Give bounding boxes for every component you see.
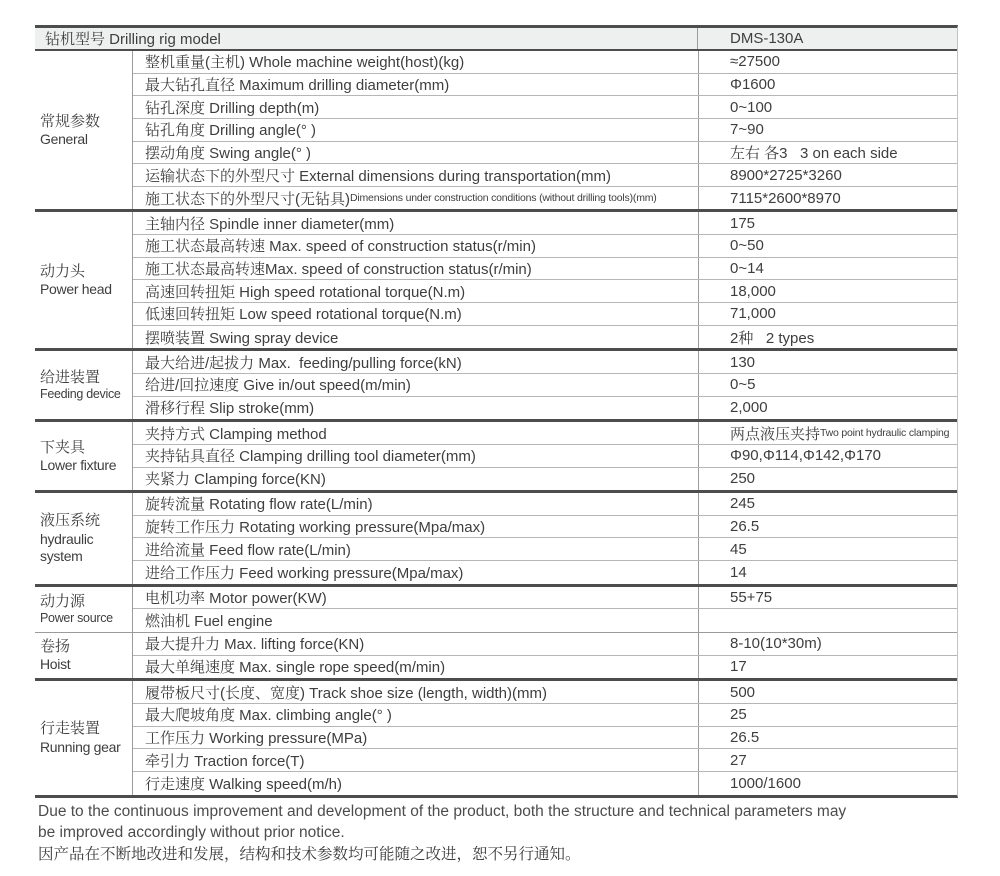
section-rows: 履带板尺寸(长度、宽度) Track shoe size (length, wi… [132,681,957,794]
param-cell: 旋转流量 Rotating flow rate(L/min) [133,493,698,515]
value-cell: Φ90,Φ114,Φ142,Φ170 [698,445,957,467]
category-zh: 卷扬 [40,638,132,656]
value-cell: 55+75 [698,587,957,609]
category-label: 下夹具 Lower fixture [35,422,132,490]
table-row: 整机重量(主机) Whole machine weight(host)(kg) … [133,51,957,74]
param-text: 高速回转扭矩 High speed rotational torque(N.m) [145,281,465,302]
value-text: 245 [730,495,755,512]
param-cell: 最大单绳速度 Max. single rope speed(m/min) [133,656,698,679]
category-label: 动力头 Power head [35,212,132,348]
param-text: 最大单绳速度 Max. single rope speed(m/min) [145,656,445,677]
param-text: 电机功率 Motor power(KW) [145,587,327,608]
value-text: 两点液压夹持 [730,423,820,444]
value-cell: 26.5 [698,727,957,749]
param-cell: 施工状态下的外型尺寸(无钻具)Dimensions under construc… [133,187,698,210]
disclaimer-zh: 因产品在不断地改进和发展，结构和技术参数均可能随之改进，恕不另行通知。 [38,844,988,865]
value-text: 17 [730,658,747,675]
value-cell: 250 [698,468,957,491]
param-text: 进给工作压力 Feed working pressure(Mpa/max) [145,562,463,583]
value-text: 27 [730,752,747,769]
value-cell: 17 [698,656,957,679]
table-row: 主轴内径 Spindle inner diameter(mm) 175 [133,212,957,235]
value-text: 71,000 [730,305,776,322]
value-cell: 130 [698,351,957,373]
table-row: 运输状态下的外型尺寸 External dimensions during tr… [133,164,957,187]
section-lower-fixture: 下夹具 Lower fixture 夹持方式 Clamping method 两… [35,422,957,493]
value-text-small: Two point hydraulic clamping [820,427,949,439]
value-cell: 71,000 [698,303,957,325]
category-zh: 动力头 [40,263,132,281]
spec-table: 钻机型号 Drilling rig model DMS-130A 常规参数 Ge… [35,25,958,798]
value-text: 130 [730,354,755,371]
param-cell: 进给流量 Feed flow rate(L/min) [133,538,698,560]
disclaimer-en-line1: Due to the continuous improvement and de… [38,801,988,822]
section-hoist: 卷扬 Hoist 最大提升力 Max. lifting force(KN) 8-… [35,633,957,681]
category-zh: 常规参数 [40,113,132,131]
value-text: 2,000 [730,399,768,416]
table-row: 最大钻孔直径 Maximum drilling diameter(mm) Φ16… [133,74,957,97]
table-row: 给进/回拉速度 Give in/out speed(m/min) 0~5 [133,374,957,397]
param-text: 工作压力 Working pressure(MPa) [145,727,367,748]
table-row: 最大提升力 Max. lifting force(KN) 8-10(10*30m… [133,633,957,656]
param-text: 钻孔角度 Drilling angle(° ) [145,119,316,140]
param-cell: 最大提升力 Max. lifting force(KN) [133,633,698,655]
param-text: 摆喷装置 Swing spray device [145,327,338,348]
category-label: 液压系统 hydraulic system [35,493,132,584]
value-text: 14 [730,564,747,581]
value-cell: 26.5 [698,516,957,538]
value-text: 0~5 [730,376,755,393]
param-cell: 夹持钻具直径 Clamping drilling tool diameter(m… [133,445,698,467]
value-text: 0~100 [730,99,772,116]
table-row: 夹紧力 Clamping force(KN) 250 [133,468,957,491]
param-cell: 燃油机 Fuel engine [133,609,698,632]
category-zh: 给进装置 [40,369,132,387]
param-text: 给进/回拉速度 Give in/out speed(m/min) [145,374,411,395]
param-cell: 电机功率 Motor power(KW) [133,587,698,609]
param-text: 旋转流量 Rotating flow rate(L/min) [145,493,373,514]
param-text: 最大给进/起拔力 Max. feeding/pulling force(kN) [145,352,462,373]
value-text: 250 [730,470,755,487]
param-text: 履带板尺寸(长度、宽度) Track shoe size (length, wi… [145,682,547,703]
param-text: 施工状态下的外型尺寸(无钻具) [145,188,350,209]
category-label: 行走装置 Running gear [35,681,132,794]
param-text: 钻孔深度 Drilling depth(m) [145,97,319,118]
value-cell: 175 [698,212,957,234]
param-text: 整机重量(主机) Whole machine weight(host)(kg) [145,51,464,72]
value-text: 0~14 [730,260,764,277]
value-cell: 0~100 [698,96,957,118]
category-en: General [40,131,132,148]
param-text: 牵引力 Traction force(T) [145,750,304,771]
param-text: 夹持方式 Clamping method [145,423,327,444]
category-zh: 动力源 [40,593,132,611]
table-row: 进给流量 Feed flow rate(L/min) 45 [133,538,957,561]
section-feeding-device: 给进装置 Feeding device 最大给进/起拔力 Max. feedin… [35,351,957,422]
table-row: 夹持方式 Clamping method 两点液压夹持Two point hyd… [133,422,957,445]
table-row: 燃油机 Fuel engine [133,609,957,632]
table-row: 履带板尺寸(长度、宽度) Track shoe size (length, wi… [133,681,957,704]
section-rows: 夹持方式 Clamping method 两点液压夹持Two point hyd… [132,422,957,490]
param-cell: 钻孔角度 Drilling angle(° ) [133,119,698,141]
value-text: ≈27500 [730,53,780,70]
param-cell: 工作压力 Working pressure(MPa) [133,727,698,749]
table-row: 施工状态最高转速 Max. speed of construction stat… [133,235,957,258]
section-power-head: 动力头 Power head 主轴内径 Spindle inner diamet… [35,212,957,351]
param-cell: 整机重量(主机) Whole machine weight(host)(kg) [133,51,698,73]
value-cell: 2种 2 types [698,326,957,349]
param-cell: 低速回转扭矩 Low speed rotational torque(N.m) [133,303,698,325]
category-en: Power head [40,281,132,298]
value-cell: 2,000 [698,397,957,420]
param-cell: 摆喷装置 Swing spray device [133,326,698,349]
param-text: 施工状态最高转速Max. speed of construction statu… [145,258,532,279]
table-row: 滑移行程 Slip stroke(mm) 2,000 [133,397,957,420]
param-text: 运输状态下的外型尺寸 External dimensions during tr… [145,165,611,186]
table-row: 最大给进/起拔力 Max. feeding/pulling force(kN) … [133,351,957,374]
value-cell: 18,000 [698,280,957,302]
value-cell: 8-10(10*30m) [698,633,957,655]
value-text: 8-10(10*30m) [730,635,822,652]
table-row: 旋转工作压力 Rotating working pressure(Mpa/max… [133,516,957,539]
param-cell: 主轴内径 Spindle inner diameter(mm) [133,212,698,234]
category-en: Feeding device [40,387,132,402]
table-row: 低速回转扭矩 Low speed rotational torque(N.m) … [133,303,957,326]
value-cell: 8900*2725*3260 [698,164,957,186]
section-rows: 电机功率 Motor power(KW) 55+75 燃油机 Fuel engi… [132,587,957,632]
table-row: 摆动角度 Swing angle(° ) 左右 各3 3 on each sid… [133,142,957,165]
section-rows: 主轴内径 Spindle inner diameter(mm) 175 施工状态… [132,212,957,348]
model-value: DMS-130A [697,28,957,49]
table-row: 高速回转扭矩 High speed rotational torque(N.m)… [133,280,957,303]
category-label: 动力源 Power source [35,587,132,632]
value-text: 0~50 [730,237,764,254]
value-text: 7~90 [730,121,764,138]
param-text: 燃油机 Fuel engine [145,610,273,631]
table-row: 旋转流量 Rotating flow rate(L/min) 245 [133,493,957,516]
value-text: 2种 2 types [730,327,814,348]
value-cell: 25 [698,704,957,726]
value-text: Φ90,Φ114,Φ142,Φ170 [730,447,881,464]
category-en: Hoist [40,656,132,673]
table-row: 钻孔角度 Drilling angle(° ) 7~90 [133,119,957,142]
table-row: 牵引力 Traction force(T) 27 [133,749,957,772]
param-text: 最大钻孔直径 Maximum drilling diameter(mm) [145,74,449,95]
param-cell: 运输状态下的外型尺寸 External dimensions during tr… [133,164,698,186]
category-label: 卷扬 Hoist [35,633,132,678]
table-row: 行走速度 Walking speed(m/h) 1000/1600 [133,772,957,795]
param-cell: 最大给进/起拔力 Max. feeding/pulling force(kN) [133,351,698,373]
value-text: 7115*2600*8970 [730,190,841,207]
param-cell: 摆动角度 Swing angle(° ) [133,142,698,164]
section-running-gear: 行走装置 Running gear 履带板尺寸(长度、宽度) Track sho… [35,681,957,794]
value-text: 8900*2725*3260 [730,167,842,184]
param-cell: 施工状态最高转速Max. speed of construction statu… [133,258,698,280]
param-cell: 夹紧力 Clamping force(KN) [133,468,698,491]
param-text: 进给流量 Feed flow rate(L/min) [145,539,351,560]
category-en: Lower fixture [40,457,132,474]
param-text: 施工状态最高转速 Max. speed of construction stat… [145,235,536,256]
section-rows: 旋转流量 Rotating flow rate(L/min) 245 旋转工作压… [132,493,957,584]
value-text: 500 [730,684,755,701]
disclaimer: Due to the continuous improvement and de… [38,801,988,865]
value-cell: 500 [698,681,957,703]
value-cell: 7~90 [698,119,957,141]
table-row: 工作压力 Working pressure(MPa) 26.5 [133,727,957,750]
model-label: 钻机型号 Drilling rig model [35,28,697,49]
disclaimer-en-line2: be improved accordingly without prior no… [38,822,988,843]
section-rows: 整机重量(主机) Whole machine weight(host)(kg) … [132,51,957,209]
category-label: 给进装置 Feeding device [35,351,132,419]
param-text: 夹紧力 Clamping force(KN) [145,468,326,489]
category-zh: 液压系统 [40,512,132,530]
table-row: 摆喷装置 Swing spray device 2种 2 types [133,326,957,349]
param-cell: 最大爬坡角度 Max. climbing angle(° ) [133,704,698,726]
value-text: Φ1600 [730,76,775,93]
param-text: 最大爬坡角度 Max. climbing angle(° ) [145,704,392,725]
param-cell: 最大钻孔直径 Maximum drilling diameter(mm) [133,74,698,96]
param-text: 摆动角度 Swing angle(° ) [145,142,311,163]
value-text: 18,000 [730,283,776,300]
value-text: 45 [730,541,747,558]
category-en: Running gear [40,739,132,756]
category-en: hydraulic system [40,531,132,565]
value-cell: 1000/1600 [698,772,957,795]
param-cell: 牵引力 Traction force(T) [133,749,698,771]
value-text: 26.5 [730,518,759,535]
value-cell: 左右 各3 3 on each side [698,142,957,164]
param-text: 行走速度 Walking speed(m/h) [145,773,342,794]
section-power-source: 动力源 Power source 电机功率 Motor power(KW) 55… [35,587,957,633]
value-text: 175 [730,215,755,232]
param-cell: 施工状态最高转速 Max. speed of construction stat… [133,235,698,257]
table-row: 最大爬坡角度 Max. climbing angle(° ) 25 [133,704,957,727]
param-cell: 夹持方式 Clamping method [133,422,698,444]
value-cell: 14 [698,561,957,584]
category-zh: 下夹具 [40,439,132,457]
param-cell: 高速回转扭矩 High speed rotational torque(N.m) [133,280,698,302]
table-header-row: 钻机型号 Drilling rig model DMS-130A [35,28,957,51]
value-cell: 7115*2600*8970 [698,187,957,210]
value-text: 25 [730,706,747,723]
param-text: 主轴内径 Spindle inner diameter(mm) [145,213,394,234]
value-cell: 245 [698,493,957,515]
table-row: 最大单绳速度 Max. single rope speed(m/min) 17 [133,656,957,679]
param-cell: 钻孔深度 Drilling depth(m) [133,96,698,118]
param-text: 旋转工作压力 Rotating working pressure(Mpa/max… [145,516,485,537]
param-cell: 履带板尺寸(长度、宽度) Track shoe size (length, wi… [133,681,698,703]
value-text: 1000/1600 [730,775,801,792]
param-cell: 进给工作压力 Feed working pressure(Mpa/max) [133,561,698,584]
param-text: 最大提升力 Max. lifting force(KN) [145,633,364,654]
value-cell [698,609,957,632]
param-text: 滑移行程 Slip stroke(mm) [145,397,314,418]
value-text: 26.5 [730,729,759,746]
category-en: Power source [40,611,132,626]
table-row: 施工状态下的外型尺寸(无钻具)Dimensions under construc… [133,187,957,210]
table-row: 电机功率 Motor power(KW) 55+75 [133,587,957,610]
value-cell: 45 [698,538,957,560]
table-row: 夹持钻具直径 Clamping drilling tool diameter(m… [133,445,957,468]
section-rows: 最大提升力 Max. lifting force(KN) 8-10(10*30m… [132,633,957,678]
value-cell: ≈27500 [698,51,957,73]
param-cell: 滑移行程 Slip stroke(mm) [133,397,698,420]
value-cell: Φ1600 [698,74,957,96]
value-text: 55+75 [730,589,772,606]
param-text-small: Dimensions under construction conditions… [350,192,657,204]
table-row: 进给工作压力 Feed working pressure(Mpa/max) 14 [133,561,957,584]
value-cell: 两点液压夹持Two point hydraulic clamping [698,422,957,444]
param-text: 夹持钻具直径 Clamping drilling tool diameter(m… [145,445,476,466]
param-cell: 旋转工作压力 Rotating working pressure(Mpa/max… [133,516,698,538]
value-cell: 0~14 [698,258,957,280]
value-text: 左右 各3 3 on each side [730,142,898,163]
value-cell: 0~50 [698,235,957,257]
section-general: 常规参数 General 整机重量(主机) Whole machine weig… [35,51,957,212]
param-cell: 行走速度 Walking speed(m/h) [133,772,698,795]
value-cell: 27 [698,749,957,771]
category-zh: 行走装置 [40,720,132,738]
table-row: 施工状态最高转速Max. speed of construction statu… [133,258,957,281]
section-hydraulic-system: 液压系统 hydraulic system 旋转流量 Rotating flow… [35,493,957,587]
param-text: 低速回转扭矩 Low speed rotational torque(N.m) [145,303,462,324]
section-rows: 最大给进/起拔力 Max. feeding/pulling force(kN) … [132,351,957,419]
category-label: 常规参数 General [35,51,132,209]
table-row: 钻孔深度 Drilling depth(m) 0~100 [133,96,957,119]
value-cell: 0~5 [698,374,957,396]
param-cell: 给进/回拉速度 Give in/out speed(m/min) [133,374,698,396]
